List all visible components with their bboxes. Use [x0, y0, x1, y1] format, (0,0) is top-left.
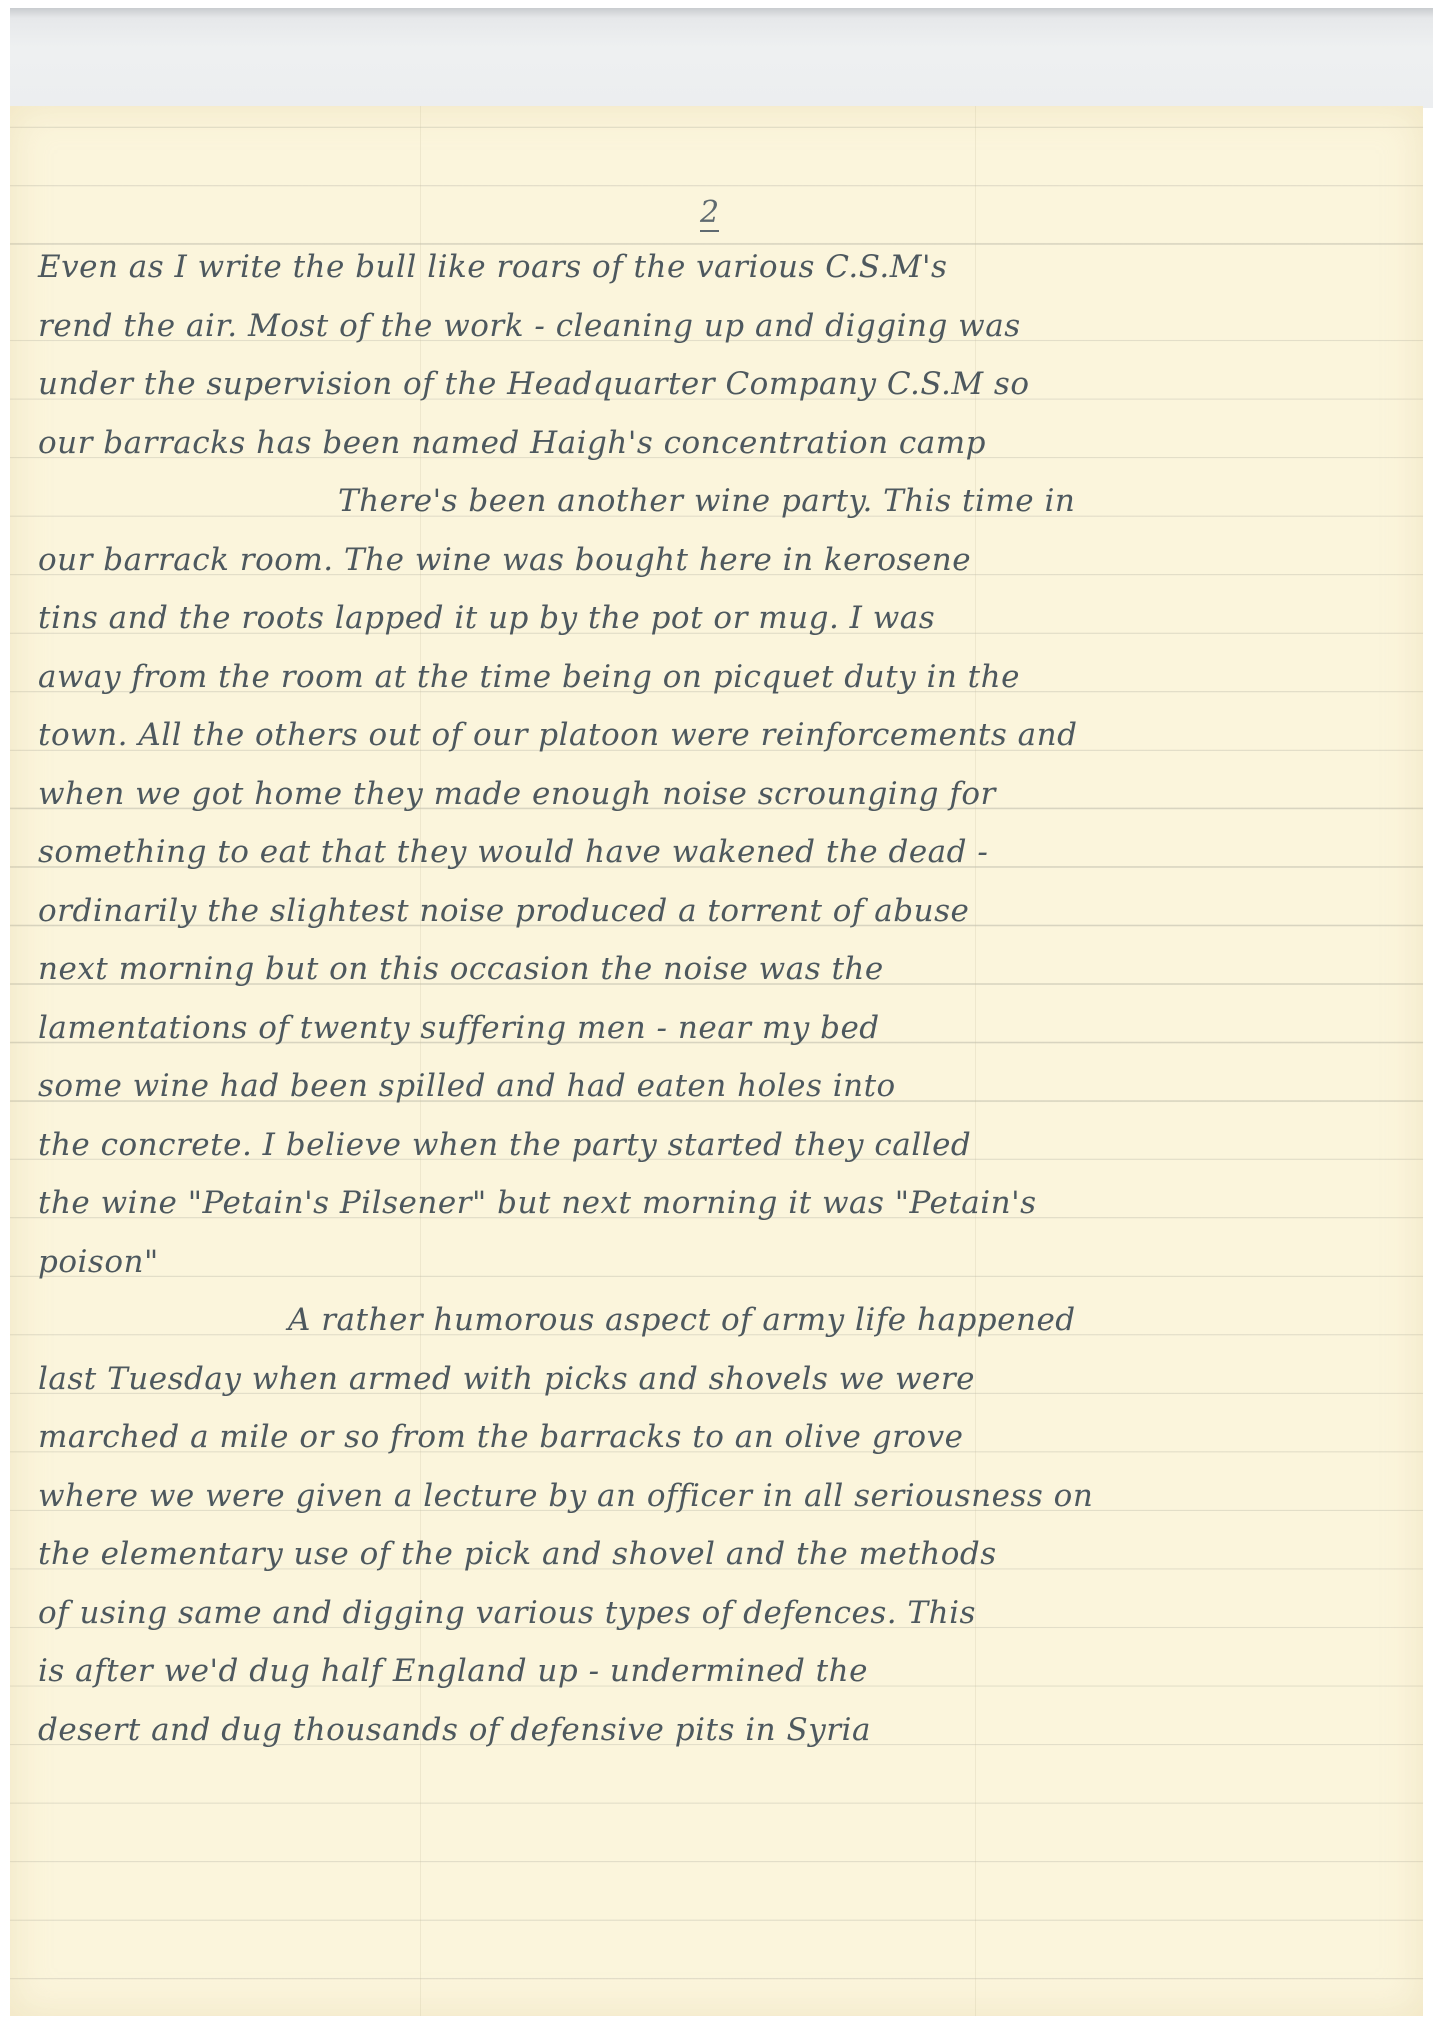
- letter-line: where we were given a lecture by an offi…: [38, 1467, 1398, 1526]
- letter-line: Even as I write the bull like roars of t…: [38, 238, 1398, 297]
- scanner-background: [10, 8, 1433, 108]
- letter-body: Even as I write the bull like roars of t…: [38, 238, 1398, 1759]
- letter-line: the concrete. I believe when the party s…: [38, 1116, 1398, 1175]
- letter-line: last Tuesday when armed with picks and s…: [38, 1350, 1398, 1409]
- letter-line: when we got home they made enough noise …: [38, 765, 1398, 824]
- letter-line: next morning but on this occasion the no…: [38, 940, 1398, 999]
- letter-line: under the supervision of the Headquarter…: [38, 355, 1398, 414]
- letter-line: poison": [38, 1233, 1398, 1292]
- letter-line: away from the room at the time being on …: [38, 648, 1398, 707]
- letter-line: desert and dug thousands of defensive pi…: [38, 1701, 1398, 1760]
- letter-line-paragraph-start: A rather humorous aspect of army life ha…: [38, 1291, 1398, 1350]
- letter-line: marched a mile or so from the barracks t…: [38, 1408, 1398, 1467]
- letter-line: rend the air. Most of the work - cleanin…: [38, 297, 1398, 356]
- letter-line: tins and the roots lapped it up by the p…: [38, 589, 1398, 648]
- letter-line: some wine had been spilled and had eaten…: [38, 1057, 1398, 1116]
- letter-line: lamentations of twenty suffering men - n…: [38, 999, 1398, 1058]
- letter-line: our barrack room. The wine was bought he…: [38, 531, 1398, 590]
- letter-line: town. All the others out of our platoon …: [38, 706, 1398, 765]
- letter-line: is after we'd dug half England up - unde…: [38, 1642, 1398, 1701]
- letter-line: the wine "Petain's Pilsener" but next mo…: [38, 1174, 1398, 1233]
- letter-line: the elementary use of the pick and shove…: [38, 1525, 1398, 1584]
- letter-line: something to eat that they would have wa…: [38, 823, 1398, 882]
- letter-line: of using same and digging various types …: [38, 1584, 1398, 1643]
- letter-line: ordinarily the slightest noise produced …: [38, 882, 1398, 941]
- letter-line-paragraph-start: There's been another wine party. This ti…: [38, 472, 1398, 531]
- page-number: 2: [700, 198, 719, 232]
- letter-line: our barracks has been named Haigh's conc…: [38, 414, 1398, 473]
